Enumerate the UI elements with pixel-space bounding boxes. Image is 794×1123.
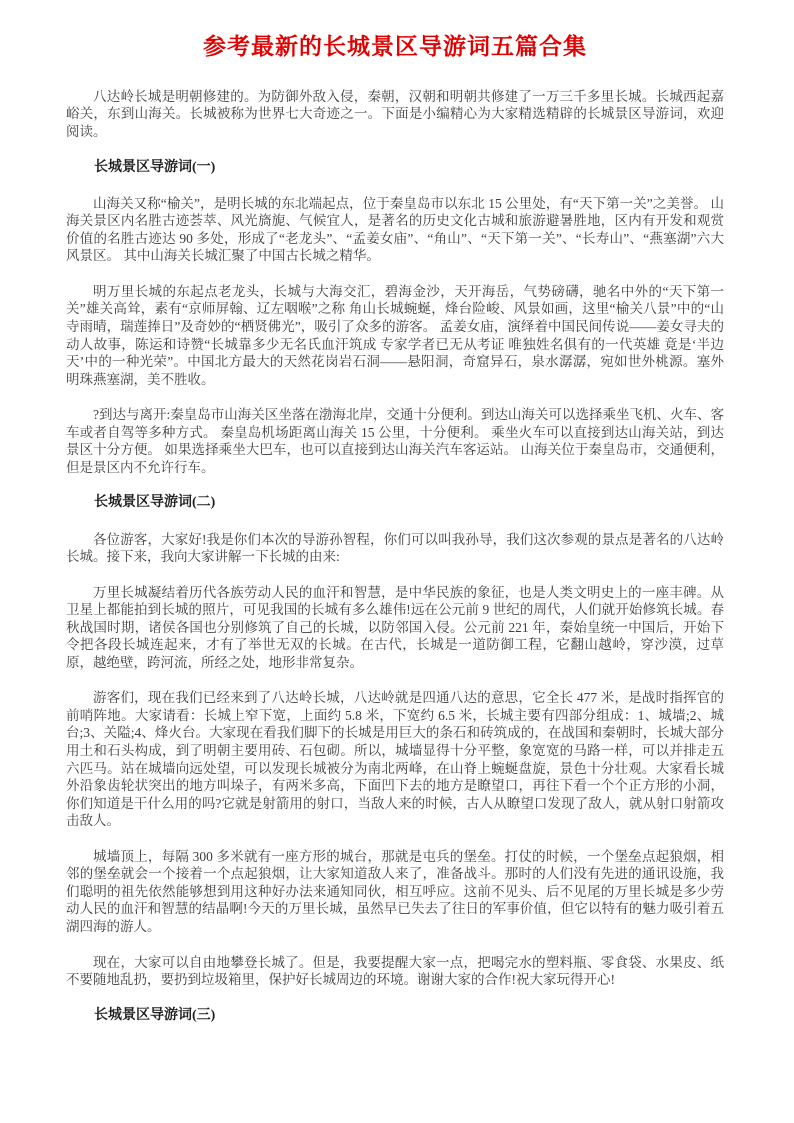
section-heading: 长城景区导游词(一) [66,159,724,177]
body-paragraph: 明万里长城的东起点老龙头，长城与大海交汇，碧海金沙，天开海岳，气势磅礴，驰名中外… [66,283,724,388]
body-paragraph: 山海关又称“榆关”，是明长城的东北端起点，位于秦皇岛市以东北 15 公里处，有“… [66,195,724,265]
body-paragraph: 万里长城凝结着历代各族劳动人民的血汗和智慧，是中华民族的象征，也是人类文明史上的… [66,584,724,672]
body-paragraph: 现在，大家可以自由地攀登长城了。但是，我要提醒大家一点，把喝完水的塑料瓶、零食袋… [66,954,724,989]
document-page: { "title": "参考最新的长城景区导游词五篇合集", "title_co… [0,0,794,1123]
body-paragraph: 各位游客，大家好!我是你们本次的导游孙智程，你们可以叫我孙导，我们这次参观的景点… [66,531,724,566]
body-paragraph: 城墙顶上，每隔 300 多米就有一座方形的城台，那就是屯兵的堡垒。打仗的时候，一… [66,848,724,936]
document-title: 参考最新的长城景区导游词五篇合集 [66,32,724,62]
section-heading: 长城景区导游词(二) [66,494,724,512]
body-paragraph: ?到达与离开:秦皇岛市山海关区坐落在渤海北岸，交通十分便利。到达山海关可以选择乘… [66,406,724,476]
body-paragraph: 游客们，现在我们已经来到了八达岭长城，八达岭就是四通八达的意思，它全长 477 … [66,689,724,829]
sections-container: 长城景区导游词(一)山海关又称“榆关”，是明长城的东北端起点，位于秦皇岛市以东北… [66,159,724,1025]
section-heading: 长城景区导游词(三) [66,1007,724,1025]
intro-paragraph: 八达岭长城是明朝修建的。为防御外敌入侵，秦朝，汉朝和明朝共修建了一万三千多里长城… [66,88,724,141]
